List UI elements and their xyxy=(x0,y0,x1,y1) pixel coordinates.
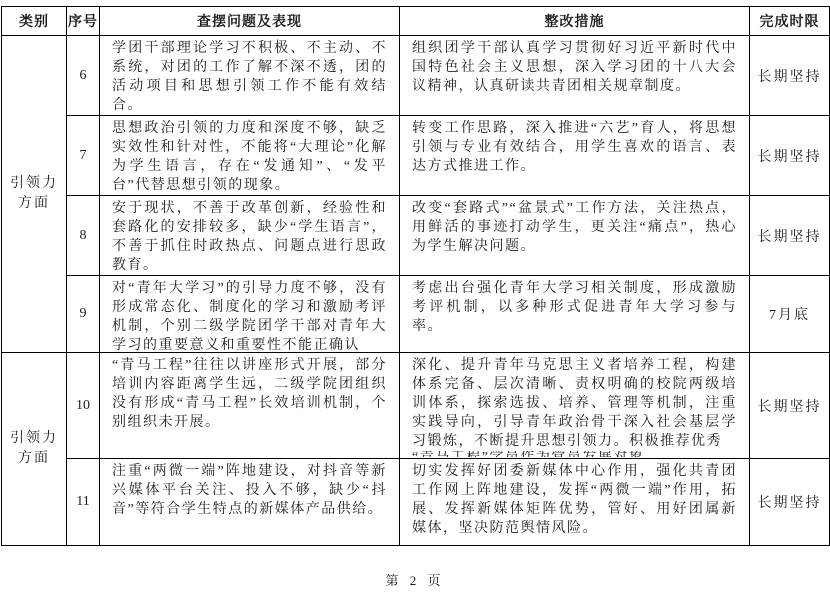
category-cell-group1: 引领力 方面 xyxy=(2,36,67,353)
problem-cell: 学团干部理论学习不积极、不主动、不系统，对团的工作了解不深不透，团的活动项目和思… xyxy=(100,36,400,116)
category-label-line2: 方面 xyxy=(2,449,66,469)
rectification-table: 类别 序号 查摆问题及表现 整改措施 完成时限 引领力 方面 6 学团干部理论学… xyxy=(1,6,830,546)
serial-cell: 7 xyxy=(67,116,100,196)
deadline-cell: 长期坚持 xyxy=(750,353,830,459)
measures-text: 深化、提升青年马克思主义者培养工程，构建体系完备、层次清晰、责权明确的校院两级培… xyxy=(412,358,737,449)
deadline-cell: 长期坚持 xyxy=(750,459,830,546)
table-row-9: 9 对“青年大学习”的引导力度不够，没有形成常态化、制度化的学习和激励考评机制，… xyxy=(2,276,830,353)
serial-cell: 11 xyxy=(67,459,100,546)
serial-cell: 10 xyxy=(67,353,100,459)
serial-cell: 8 xyxy=(67,196,100,276)
header-no: 序号 xyxy=(67,7,100,36)
category-label-line2: 方面 xyxy=(2,194,66,214)
measures-cell: 考虑出台强化青年大学习相关制度，形成激励考评机制，以多种形式促进青年大学习参与率… xyxy=(400,276,750,353)
deadline-cell: 7月底 xyxy=(750,276,830,353)
table-row-8: 8 安于现状，不善于改革创新，经验性和套路化的安排较多，缺少“学生语言”，不善于… xyxy=(2,196,830,276)
header-category: 类别 xyxy=(2,7,67,36)
table-row-6: 引领力 方面 6 学团干部理论学习不积极、不主动、不系统，对团的工作了解不深不透… xyxy=(2,36,830,116)
problem-cell: 安于现状，不善于改革创新，经验性和套路化的安排较多，缺少“学生语言”，不善于抓住… xyxy=(100,196,400,276)
measures-cell: 组织团学干部认真学习贯彻好习近平新时代中国特色社会主义思想，深入学习团的十八大会… xyxy=(400,36,750,116)
serial-cell: 6 xyxy=(67,36,100,116)
problem-cell: 思想政治引领的力度和深度不够，缺乏实效性和针对性，不能将“大理论”化解为学生语言… xyxy=(100,116,400,196)
deadline-cell: 长期坚持 xyxy=(750,36,830,116)
header-row: 类别 序号 查摆问题及表现 整改措施 完成时限 xyxy=(2,7,830,36)
header-problem: 查摆问题及表现 xyxy=(100,7,400,36)
page-number-footer: 第 2 页 xyxy=(0,570,830,589)
measures-cell: 深化、提升青年马克思主义者培养工程，构建体系完备、层次清晰、责权明确的校院两级培… xyxy=(400,353,750,459)
table-row-11: 11 注重“两微一端”阵地建设，对抖音等新兴媒体平台关注、投入不够，缺少“抖音”… xyxy=(2,459,830,546)
category-cell-group2: 引领力 方面 xyxy=(2,353,67,546)
header-measures: 整改措施 xyxy=(400,7,750,36)
category-label-line1: 引领力 xyxy=(2,429,66,449)
problem-cell: 注重“两微一端”阵地建设，对抖音等新兴媒体平台关注、投入不够，缺少“抖音”等符合… xyxy=(100,459,400,546)
table-row-10: 引领力 方面 10 “青马工程”往往以讲座形式开展，部分培训内容距离学生远，二级… xyxy=(2,353,830,459)
table-row-7: 7 思想政治引领的力度和深度不够，缺乏实效性和针对性，不能将“大理论”化解为学生… xyxy=(2,116,830,196)
header-deadline: 完成时限 xyxy=(750,7,830,36)
problem-cell: “青马工程”往往以讲座形式开展，部分培训内容距离学生远，二级学院团组织没有形成“… xyxy=(100,353,400,459)
category-label-line1: 引领力 xyxy=(2,174,66,194)
measures-cell: 改变“套路式”“盆景式”工作方法，关注热点，用鲜活的事迹打动学生，更关注“痛点”… xyxy=(400,196,750,276)
serial-cell: 9 xyxy=(67,276,100,353)
measures-cell: 切实发挥好团委新媒体中心作用，强化共青团工作网上阵地建设，发挥“两微一端”作用，… xyxy=(400,459,750,546)
deadline-cell: 长期坚持 xyxy=(750,116,830,196)
problem-cell: 对“青年大学习”的引导力度不够，没有形成常态化、制度化的学习和激励考评机制，个别… xyxy=(100,276,400,353)
clipped-text-line: “青马工程”学员作为党员发展对象 xyxy=(412,451,737,457)
measures-cell: 转变工作思路，深入推进“六艺”育人，将思想引领与专业有效结合，用学生喜欢的语言、… xyxy=(400,116,750,196)
deadline-cell: 长期坚持 xyxy=(750,196,830,276)
